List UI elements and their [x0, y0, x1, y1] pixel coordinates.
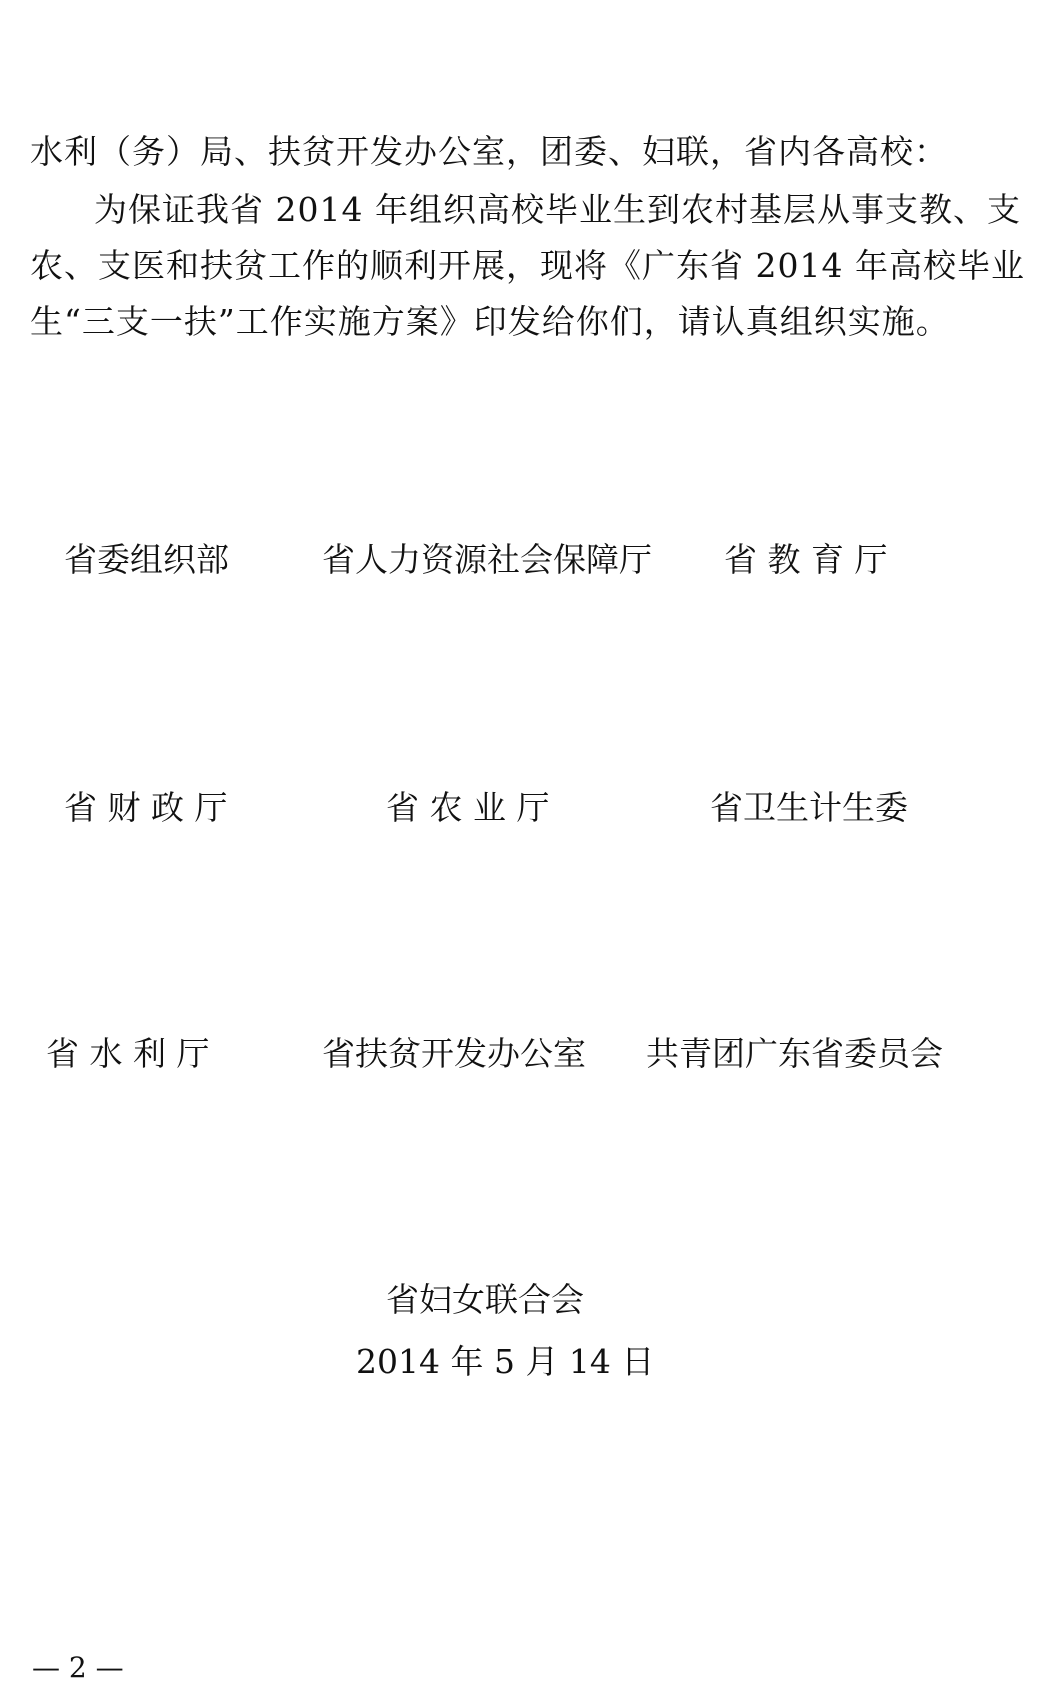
document-date: 2014 年 5 月 14 日 — [356, 1342, 654, 1382]
signatory-organization-dept: 省委组织部 — [64, 540, 229, 580]
body-line-3: 农、支医和扶贫工作的顺利开展，现将《广东省 2014 年高校毕业 — [30, 246, 1020, 286]
signatory-poverty-alleviation-office: 省扶贫开发办公室 — [322, 1034, 586, 1074]
signatory-youth-league: 共青团广东省委员会 — [646, 1034, 943, 1074]
body-line-4: 生“三支一扶”工作实施方案》印发给你们，请认真组织实施。 — [30, 302, 1020, 342]
body-line-2: 为保证我省 2014 年组织高校毕业生到农村基层从事支教、支 — [94, 190, 1044, 230]
signatory-finance-dept: 省 财 政 厅 — [64, 788, 227, 828]
page-number: — 2 — — [32, 1650, 124, 1686]
signatory-education-dept: 省 教 育 厅 — [724, 540, 887, 580]
signatory-hr-social-security: 省人力资源社会保障厅 — [322, 540, 652, 580]
signatory-health-commission: 省卫生计生委 — [710, 788, 908, 828]
signatory-water-resources-dept: 省 水 利 厅 — [46, 1034, 209, 1074]
signatory-agriculture-dept: 省 农 业 厅 — [386, 788, 549, 828]
body-line-1: 水利（务）局、扶贫开发办公室，团委、妇联，省内各高校： — [30, 132, 1020, 172]
signatory-womens-federation: 省妇女联合会 — [386, 1280, 584, 1320]
